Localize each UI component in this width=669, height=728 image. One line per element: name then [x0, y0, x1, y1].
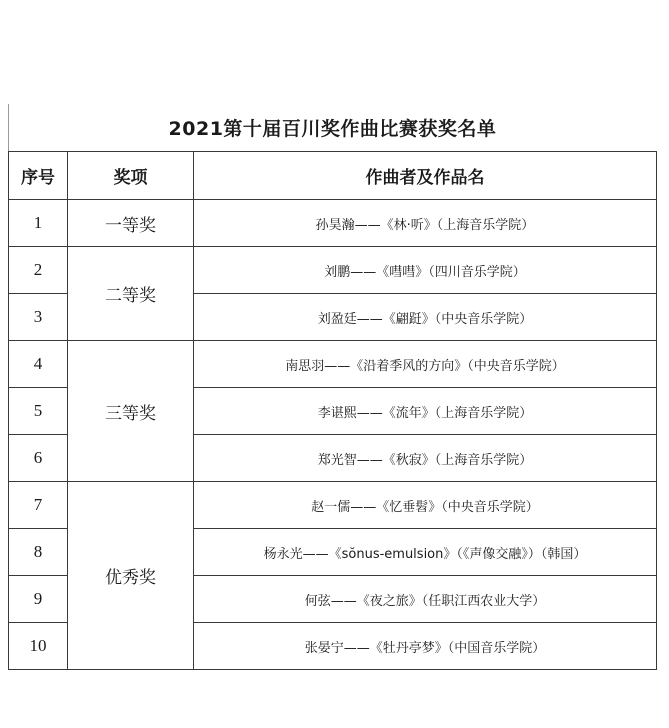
row-index: 5: [9, 388, 68, 435]
award-third-prize: 三等奖: [68, 341, 194, 482]
row-index: 1: [9, 200, 68, 247]
row-entry: 何弦——《夜之旅》（任职江西农业大学）: [194, 576, 657, 623]
row-index: 4: [9, 341, 68, 388]
table-row: 4 三等奖 南思羽——《沿着季风的方向》（中央音乐学院）: [9, 341, 657, 388]
table-row: 2 二等奖 刘鹏——《嘒嘒》（四川音乐学院）: [9, 247, 657, 294]
table-row: 7 优秀奖 赵一儒——《忆垂髫》（中央音乐学院）: [9, 482, 657, 529]
row-entry: 赵一儒——《忆垂髫》（中央音乐学院）: [194, 482, 657, 529]
row-entry: 刘鹏——《嘒嘒》（四川音乐学院）: [194, 247, 657, 294]
header-award: 奖项: [68, 152, 194, 200]
row-entry: 张晏宁——《牡丹亭梦》（中国音乐学院）: [194, 623, 657, 670]
row-entry: 刘盈廷——《翩跹》（中央音乐学院）: [194, 294, 657, 341]
header-row: 序号 奖项 作曲者及作品名: [9, 152, 657, 200]
row-index: 9: [9, 576, 68, 623]
row-index: 8: [9, 529, 68, 576]
awards-table: 序号 奖项 作曲者及作品名 1 一等奖 孙昊瀚——《林·听》（上海音乐学院） 2…: [8, 151, 657, 670]
row-entry: 南思羽——《沿着季风的方向》（中央音乐学院）: [194, 341, 657, 388]
award-excellence-prize: 优秀奖: [68, 482, 194, 670]
row-entry: 李谌熙——《流年》（上海音乐学院）: [194, 388, 657, 435]
award-first-prize: 一等奖: [68, 200, 194, 247]
table-row: 1 一等奖 孙昊瀚——《林·听》（上海音乐学院）: [9, 200, 657, 247]
award-second-prize: 二等奖: [68, 247, 194, 341]
row-entry: 孙昊瀚——《林·听》（上海音乐学院）: [194, 200, 657, 247]
document-title: 2021第十届百川奖作曲比赛获奖名单: [9, 104, 656, 151]
header-entry: 作曲者及作品名: [194, 152, 657, 200]
row-entry: 杨永光——《sŏnus-emulsion》（《声像交融》）（韩国）: [194, 529, 657, 576]
row-index: 6: [9, 435, 68, 482]
row-index: 10: [9, 623, 68, 670]
row-index: 2: [9, 247, 68, 294]
header-index: 序号: [9, 152, 68, 200]
row-entry: 郑光智——《秋寂》（上海音乐学院）: [194, 435, 657, 482]
row-index: 7: [9, 482, 68, 529]
row-index: 3: [9, 294, 68, 341]
